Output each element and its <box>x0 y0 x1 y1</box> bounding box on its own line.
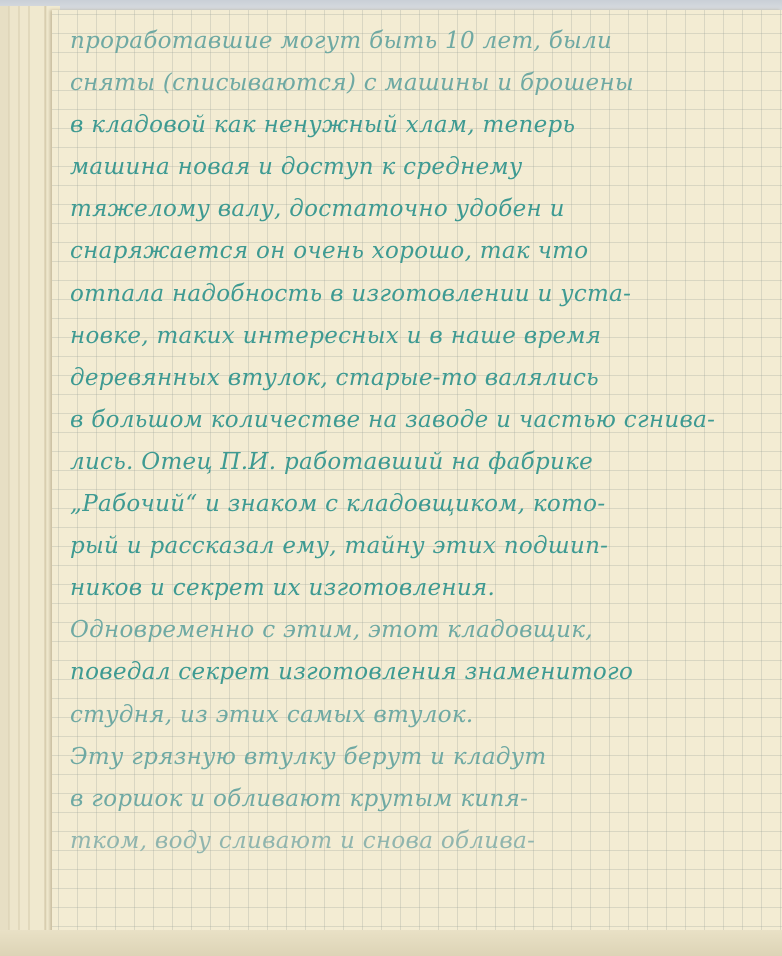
text-line: поведал секрет изготовления знаменитого <box>70 651 770 693</box>
handwritten-text: проработавшие могут быть 10 лет, были сн… <box>70 20 770 862</box>
text-line: тяжелому валу, достаточно удобен и <box>70 188 770 230</box>
text-line: отпала надобность в изготовлении и уста- <box>70 273 770 315</box>
text-line: в горшок и обливают крутым кипя- <box>70 778 770 820</box>
text-line: в кладовой как ненужный хлам, теперь <box>70 104 770 146</box>
text-line: рый и рассказал ему, тайну этих подшип- <box>70 525 770 567</box>
text-line: „Рабочий“ и знаком с кладовщиком, кото- <box>70 483 770 525</box>
text-line: лись. Отец П.И. работавший на фабрике <box>70 441 770 483</box>
text-line: в большом количестве на заводе и частью … <box>70 399 770 441</box>
scan-bottom-edge <box>0 930 782 956</box>
text-line: Одновременно с этим, этот кладовщик, <box>70 609 770 651</box>
notebook-page-edges <box>0 6 60 956</box>
text-line: Эту грязную втулку берут и кладут <box>70 736 770 778</box>
text-line: ников и секрет их изготовления. <box>70 567 770 609</box>
text-line: новке, таких интересных и в наше время <box>70 315 770 357</box>
text-line: деревянных втулок, старые-то валялись <box>70 357 770 399</box>
text-line: тком, воду сливают и снова облива- <box>70 820 770 862</box>
text-line: снаряжается он очень хорошо, так что <box>70 230 770 272</box>
text-line: сняты (списываются) с машины и брошены <box>70 62 770 104</box>
text-line: проработавшие могут быть 10 лет, были <box>70 20 770 62</box>
text-line: машина новая и доступ к среднему <box>70 146 770 188</box>
text-line: студня, из этих самых втулок. <box>70 694 770 736</box>
